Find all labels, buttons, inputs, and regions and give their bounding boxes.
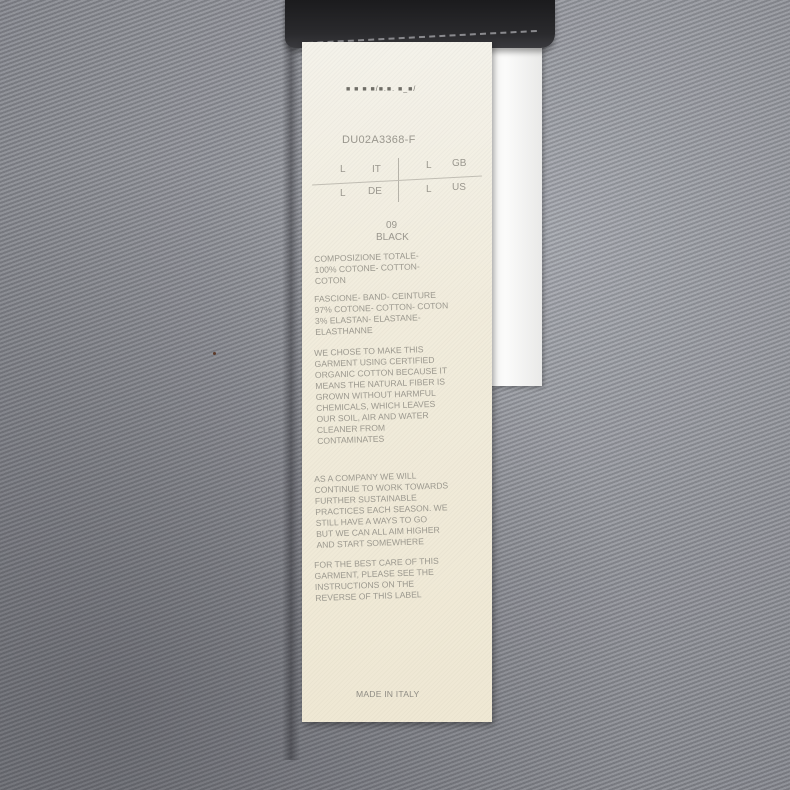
composition-block: COMPOSIZIONE TOTALE- 100% COTONE- COTTON… <box>314 248 485 287</box>
band-composition-block: FASCIONE- BAND- CEINTURE 97% COTONE- COT… <box>314 288 485 338</box>
size-us-label: US <box>452 182 466 193</box>
color-code: 09 <box>386 220 397 231</box>
care-label: ■ ■ ■ ■/■.■. ■_■/ DU02A3368-F L IT L GB … <box>302 42 492 722</box>
size-it-value: L <box>340 164 346 175</box>
size-gb-value: L <box>426 160 432 171</box>
size-grid: L IT L GB L DE L US <box>312 152 482 208</box>
size-it-label: IT <box>372 164 381 175</box>
organic-cotton-block: WE CHOSE TO MAKE THIS GARMENT USING CERT… <box>314 342 487 447</box>
black-neck-tape <box>285 0 555 48</box>
care-instructions-block: FOR THE BEST CARE OF THIS GARMENT, PLEAS… <box>314 554 485 604</box>
lint-speck <box>213 352 216 355</box>
sustainability-block: AS A COMPANY WE WILL CONTINUE TO WORK TO… <box>314 468 487 551</box>
size-de-value: L <box>340 188 346 199</box>
style-code: DU02A3368-F <box>342 134 416 146</box>
country-of-origin: MADE IN ITALY <box>356 689 419 699</box>
size-gb-label: GB <box>452 158 466 169</box>
garment-seam <box>282 0 300 760</box>
size-de-label: DE <box>368 186 382 197</box>
size-us-value: L <box>426 184 432 195</box>
kanji-line: ■ ■ ■ ■/■.■. ■_■/ <box>346 86 416 93</box>
color-name: BLACK <box>376 232 409 243</box>
